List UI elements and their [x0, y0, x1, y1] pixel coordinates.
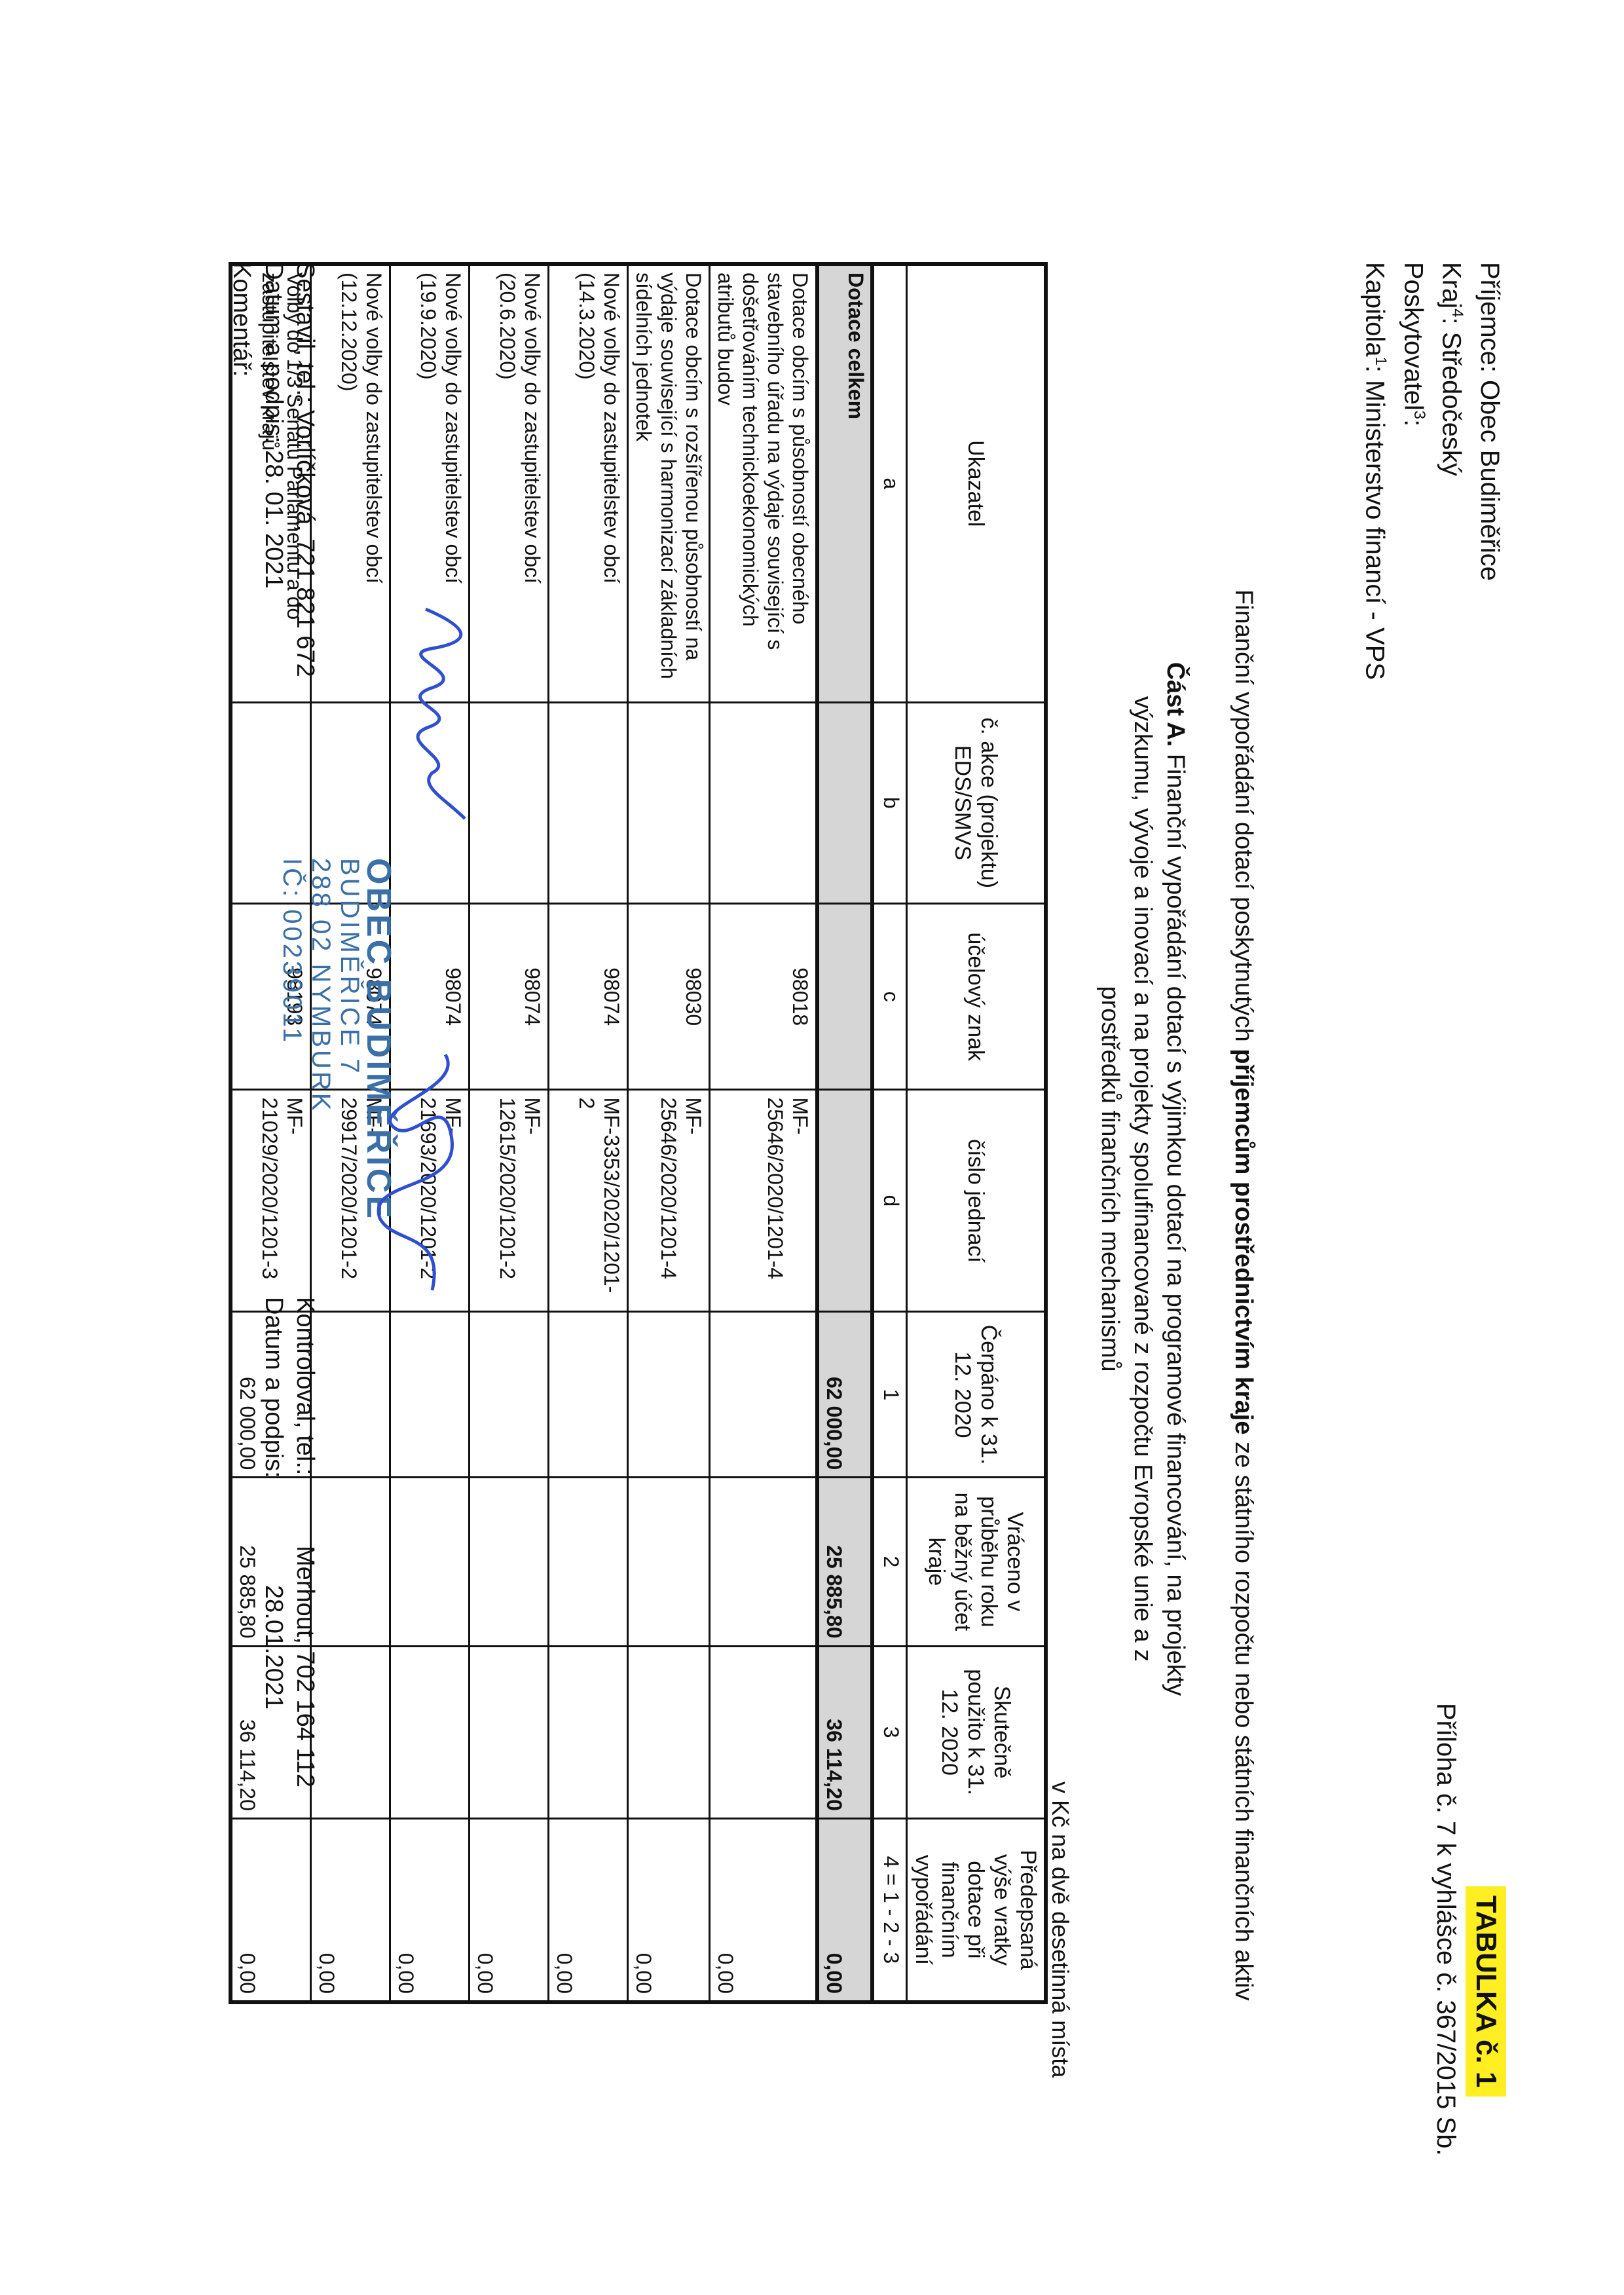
header-refund: Předepsaná výše vratky dotace při finanč… [907, 1818, 1046, 2002]
table-header-row: Ukazatel č. akce (projektu) EDS/SMVS úče… [907, 264, 1046, 2002]
signature-checked-icon [354, 1048, 471, 1297]
chapter-line: Kapitola1: Ministerstvo financí - VPS [1359, 262, 1397, 680]
part-a-title: Část A. Finanční vypořádání dotací s výj… [1094, 655, 1192, 1703]
header-info: Příjemce: Obec Budiměřice Kraj4: Středoč… [1359, 262, 1506, 680]
header-used: Skutečně použito k 31. 12. 2020 [907, 1646, 1046, 1818]
header-returned: Vráceno v průběhu roku na běžný účet kra… [907, 1478, 1046, 1646]
total-drawn: 62 000,00 [817, 1312, 872, 1478]
header-ukazatel: Ukazatel [907, 264, 1046, 702]
cell-jednaci: MF-12615/2020/1201-2 [470, 1090, 549, 1312]
cell-used [549, 1646, 628, 1818]
cell-znak: 98018 [710, 903, 818, 1090]
cell-znak: 98074 [470, 903, 549, 1090]
cell-akce [710, 702, 818, 903]
recipient-value: Obec Budiměřice [1475, 380, 1504, 581]
cell-used [390, 1646, 470, 1818]
cell-ukazatel: Nové volby do zastupitelstev obcí (14.3.… [549, 264, 628, 702]
unit-note: v Kč na dvě desetinná místa [1046, 1782, 1074, 2078]
column-codes-row: a b c d 1 2 3 4 = 1 - 2 - 3 [872, 264, 907, 2002]
header-akce: č. akce (projektu) EDS/SMVS [907, 702, 1046, 903]
cell-drawn [390, 1312, 470, 1478]
compiled-by: Sestavil, tel.: Vorlíčková, 721 821 672 … [258, 262, 321, 677]
cell-znak: 98074 [549, 903, 628, 1090]
total-returned: 25 885,80 [817, 1478, 872, 1646]
table-row: Dotace obcím s působností obecného stave… [710, 264, 818, 2002]
cell-refund: 0,00 [710, 1818, 818, 2002]
annex-reference: Příloha č. 7 k vyhlášce č. 367/2015 Sb. [1431, 1703, 1460, 2156]
cell-used [470, 1646, 549, 1818]
cell-jednaci: MF-25646/2020/1201-4 [628, 1090, 710, 1312]
cell-used [710, 1646, 818, 1818]
table-row: Nové volby do zastupitelstev obcí (14.3.… [549, 264, 628, 2002]
comment-label: Komentář: [227, 262, 255, 377]
table-row: Dotace obcím s rozšířenou působností na … [628, 264, 710, 2002]
cell-akce [628, 702, 710, 903]
header-drawn: Čerpáno k 31. 12. 2020 [907, 1312, 1046, 1478]
total-used: 36 114,20 [817, 1646, 872, 1818]
header-jednaci: číslo jednací [907, 1090, 1046, 1312]
cell-drawn [470, 1312, 549, 1478]
checked-date: 28.01.2021 [258, 1585, 289, 1709]
cell-drawn [549, 1312, 628, 1478]
checked-by: Kontroloval, tel.:Merhout, 702 164 112 D… [258, 1297, 321, 1478]
header-znak: účelový znak [907, 903, 1046, 1090]
cell-ukazatel: Nové volby do zastupitelstev obcí (12.12… [311, 264, 390, 702]
cell-returned [311, 1478, 390, 1646]
cell-jednaci: MF-3353/2020/1201-2 [549, 1090, 628, 1312]
cell-refund: 0,00 [549, 1818, 628, 2002]
cell-returned [470, 1478, 549, 1646]
table-row: Nové volby do zastupitelstev obcí (20.6.… [470, 264, 549, 2002]
cell-refund: 0,00 [470, 1818, 549, 2002]
cell-used [628, 1646, 710, 1818]
signature-compiled-icon [406, 603, 485, 825]
cell-returned [390, 1478, 470, 1646]
total-label: Dotace celkem [817, 264, 872, 702]
compiled-date: 28. 01. 2021 [260, 450, 287, 588]
document-page: TABULKA č. 1 Příloha č. 7 k vyhlášce č. … [0, 0, 1624, 2295]
cell-refund: 0,00 [231, 1818, 311, 2002]
cell-returned [628, 1478, 710, 1646]
cell-znak: 98030 [628, 903, 710, 1090]
checked-by-value: Merhout, 702 164 112 [289, 1546, 321, 1787]
provider-line: Poskytovatel3: [1397, 262, 1435, 680]
total-row: Dotace celkem 62 000,00 25 885,80 36 114… [817, 264, 872, 2002]
cell-used [311, 1646, 390, 1818]
document-title: Finanční vypořádání dotací poskytnutých … [1229, 589, 1257, 2000]
cell-refund: 0,00 [390, 1818, 470, 2002]
region-value: Středočeský [1437, 332, 1466, 476]
cell-ukazatel: Dotace obcím s rozšířenou působností na … [628, 264, 710, 702]
compiled-by-value: Vorlíčková, 721 821 672 [291, 410, 319, 677]
total-refund: 0,00 [817, 1818, 872, 2002]
cell-returned [710, 1478, 818, 1646]
cell-drawn [628, 1312, 710, 1478]
recipient-line: Příjemce: Obec Budiměřice [1473, 262, 1506, 680]
cell-refund: 0,00 [628, 1818, 710, 2002]
cell-refund: 0,00 [311, 1818, 390, 2002]
table-tag: TABULKA č. 1 [1466, 1886, 1506, 2097]
cell-returned [549, 1478, 628, 1646]
cell-jednaci: MF-25646/2020/1201-4 [710, 1090, 818, 1312]
chapter-value: Ministerstvo financí - VPS [1361, 380, 1390, 680]
cell-drawn [710, 1312, 818, 1478]
region-line: Kraj4: Středočeský [1435, 262, 1473, 680]
cell-akce [549, 702, 628, 903]
cell-ukazatel: Dotace obcím s působností obecného stave… [710, 264, 818, 702]
cell-drawn [311, 1312, 390, 1478]
